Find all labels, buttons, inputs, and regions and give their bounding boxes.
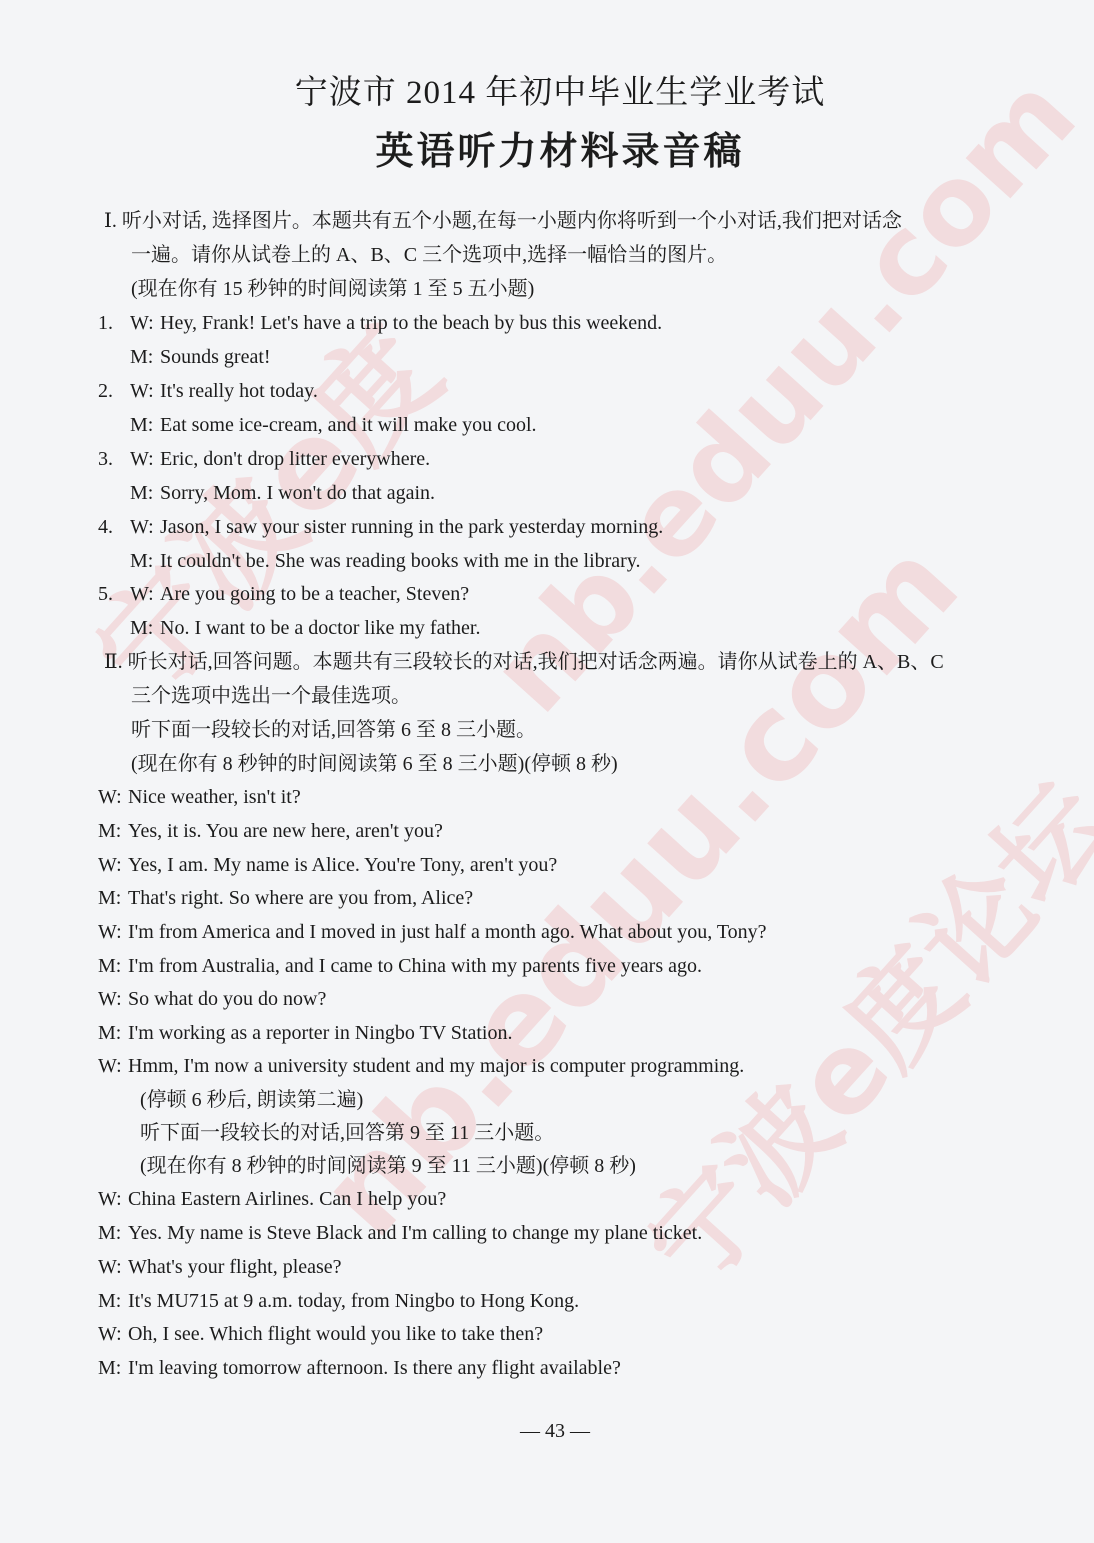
page-number: — 43 — — [0, 1420, 1094, 1443]
speaker: M: — [130, 548, 160, 574]
speaker: W: — [98, 852, 128, 878]
exam-title: 宁波市 2014 年初中毕业生学业考试 — [0, 66, 1094, 113]
speaker: M: — [130, 615, 160, 641]
document-title: 英语听力材料录音稿 — [0, 120, 1094, 175]
utterance: Oh, I see. Which flight would you like t… — [128, 1323, 543, 1345]
item-number: 5. — [98, 581, 130, 607]
dialogue2-intro: 听下面一段较长的对话,回答第 9 至 11 三小题。 — [140, 1120, 554, 1146]
utterance: That's right. So where are you from, Ali… — [128, 887, 473, 909]
speaker: M: — [130, 412, 160, 438]
utterance: Nice weather, isn't it? — [128, 786, 301, 808]
dialogue-line: M:Sorry, Mom. I won't do that again. — [130, 480, 435, 506]
utterance: Sounds great! — [160, 346, 271, 368]
speaker: W: — [98, 1053, 128, 1079]
speaker: W: — [130, 581, 160, 607]
dialogue-line: 4.W:Jason, I saw your sister running in … — [98, 514, 663, 540]
speaker: M: — [130, 480, 160, 506]
speaker: M: — [98, 953, 128, 979]
dialogue-line: M:Eat some ice-cream, and it will make y… — [130, 412, 537, 438]
utterance: Jason, I saw your sister running in the … — [160, 516, 663, 538]
utterance: Eat some ice-cream, and it will make you… — [160, 414, 537, 436]
speaker: W: — [98, 986, 128, 1012]
dialogue-line: W:So what do you do now? — [98, 986, 326, 1012]
speaker: W: — [130, 378, 160, 404]
dialogue-line: W:Hmm, I'm now a university student and … — [98, 1053, 744, 1079]
item-number: 4. — [98, 514, 130, 540]
speaker: M: — [98, 885, 128, 911]
speaker: M: — [98, 1220, 128, 1246]
item-number: 1. — [98, 310, 130, 336]
utterance: Yes, I am. My name is Alice. You're Tony… — [128, 854, 557, 876]
dialogue-line: M:It couldn't be. She was reading books … — [130, 548, 641, 574]
pause-note: (停顿 6 秒后, 朗读第二遍) — [140, 1087, 363, 1113]
utterance: Eric, don't drop litter everywhere. — [160, 448, 430, 470]
utterance: It's MU715 at 9 a.m. today, from Ningbo … — [128, 1290, 579, 1312]
utterance: So what do you do now? — [128, 988, 326, 1010]
speaker: W: — [98, 1186, 128, 1212]
dialogue-line: M:No. I want to be a doctor like my fath… — [130, 615, 480, 641]
utterance: China Eastern Airlines. Can I help you? — [128, 1188, 446, 1210]
dialogue-line: 1.W:Hey, Frank! Let's have a trip to the… — [98, 310, 662, 336]
utterance: I'm from Australia, and I came to China … — [128, 955, 702, 977]
dialogue-line: 2.W:It's really hot today. — [98, 378, 318, 404]
utterance: What's your flight, please? — [128, 1256, 342, 1278]
speaker: M: — [130, 344, 160, 370]
dialogue-line: M:I'm leaving tomorrow afternoon. Is the… — [98, 1355, 621, 1381]
utterance: Yes. My name is Steve Black and I'm call… — [128, 1222, 702, 1244]
dialogue-line: M:It's MU715 at 9 a.m. today, from Ningb… — [98, 1288, 579, 1314]
dialogue-line: M:I'm working as a reporter in Ningbo TV… — [98, 1020, 512, 1046]
speaker: M: — [98, 1355, 128, 1381]
dialogue-line: W:I'm from America and I moved in just h… — [98, 919, 767, 945]
utterance: Hey, Frank! Let's have a trip to the bea… — [160, 312, 662, 334]
speaker: W: — [98, 1321, 128, 1347]
speaker: W: — [98, 1254, 128, 1280]
dialogue-line: 3.W:Eric, don't drop litter everywhere. — [98, 446, 430, 472]
dialogue-line: W:Yes, I am. My name is Alice. You're To… — [98, 852, 557, 878]
dialogue-line: M:That's right. So where are you from, A… — [98, 885, 473, 911]
utterance: I'm working as a reporter in Ningbo TV S… — [128, 1022, 512, 1044]
speaker: W: — [130, 446, 160, 472]
dialogue1-intro: 听下面一段较长的对话,回答第 6 至 8 三小题。 — [131, 717, 536, 743]
dialogue-line: W:Oh, I see. Which flight would you like… — [98, 1321, 543, 1347]
speaker: M: — [98, 818, 128, 844]
section1-instruction: (现在你有 15 秒钟的时间阅读第 1 至 5 五小题) — [131, 276, 534, 302]
speaker: W: — [130, 514, 160, 540]
dialogue-line: W:Nice weather, isn't it? — [98, 784, 301, 810]
item-number: 2. — [98, 378, 130, 404]
speaker: W: — [130, 310, 160, 336]
dialogue1-instruction: (现在你有 8 秒钟的时间阅读第 6 至 8 三小题)(停顿 8 秒) — [131, 751, 618, 777]
section2-heading: Ⅱ. 听长对话,回答问题。本题共有三段较长的对话,我们把对话念两遍。请你从试卷上… — [104, 649, 944, 675]
section1-heading-cont: 一遍。请你从试卷上的 A、B、C 三个选项中,选择一幅恰当的图片。 — [131, 242, 727, 268]
utterance: Are you going to be a teacher, Steven? — [160, 583, 469, 605]
dialogue-line: M:Yes, it is. You are new here, aren't y… — [98, 818, 443, 844]
utterance: I'm from America and I moved in just hal… — [128, 921, 767, 943]
speaker: W: — [98, 784, 128, 810]
utterance: Yes, it is. You are new here, aren't you… — [128, 820, 443, 842]
speaker: M: — [98, 1288, 128, 1314]
dialogue2-instruction: (现在你有 8 秒钟的时间阅读第 9 至 11 三小题)(停顿 8 秒) — [140, 1153, 636, 1179]
dialogue-line: W:China Eastern Airlines. Can I help you… — [98, 1186, 446, 1212]
utterance: Hmm, I'm now a university student and my… — [128, 1055, 744, 1077]
section2-heading-cont: 三个选项中选出一个最佳选项。 — [131, 683, 411, 709]
dialogue-line: M:I'm from Australia, and I came to Chin… — [98, 953, 702, 979]
dialogue-line: W:What's your flight, please? — [98, 1254, 342, 1280]
utterance: I'm leaving tomorrow afternoon. Is there… — [128, 1357, 621, 1379]
item-number: 3. — [98, 446, 130, 472]
speaker: W: — [98, 919, 128, 945]
section1-heading: Ⅰ. 听小对话, 选择图片。本题共有五个小题,在每一小题内你将听到一个小对话,我… — [104, 208, 902, 234]
utterance: It couldn't be. She was reading books wi… — [160, 550, 641, 572]
dialogue-line: M:Sounds great! — [130, 344, 271, 370]
dialogue-line: 5.W:Are you going to be a teacher, Steve… — [98, 581, 469, 607]
dialogue-line: M:Yes. My name is Steve Black and I'm ca… — [98, 1220, 702, 1246]
utterance: It's really hot today. — [160, 380, 318, 402]
utterance: No. I want to be a doctor like my father… — [160, 617, 480, 639]
speaker: M: — [98, 1020, 128, 1046]
utterance: Sorry, Mom. I won't do that again. — [160, 482, 435, 504]
